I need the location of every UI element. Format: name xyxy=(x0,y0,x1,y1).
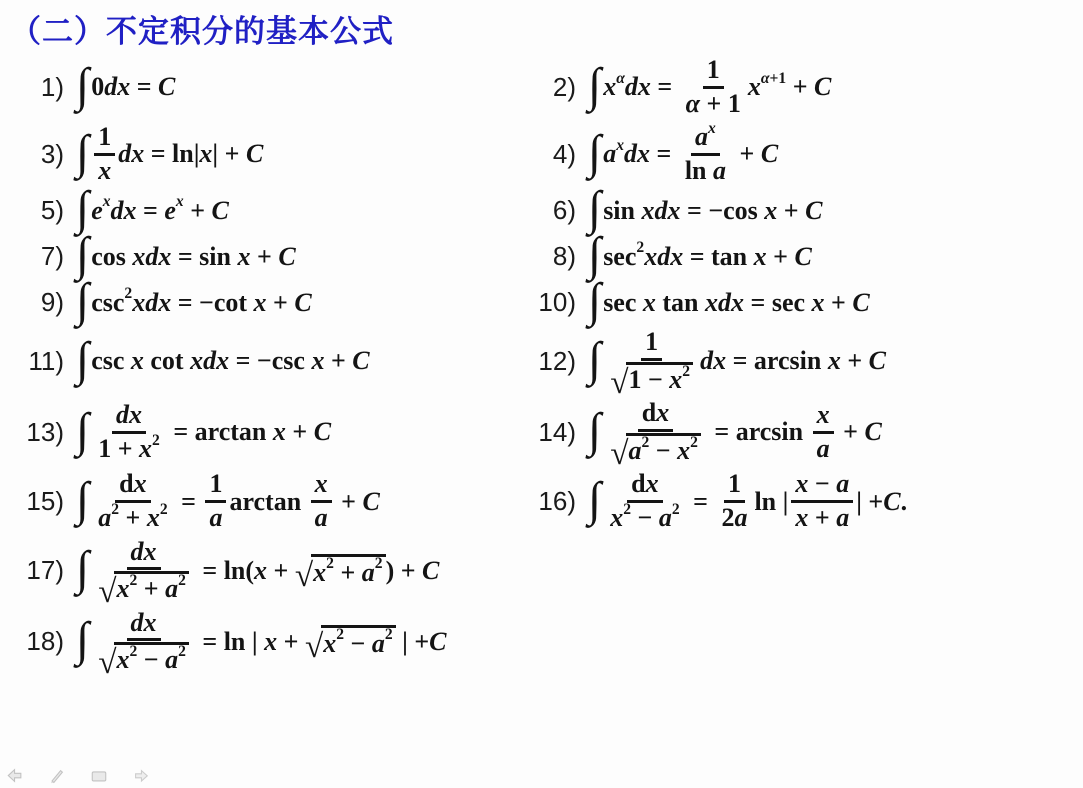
formula-item-14: 14)∫dx√a2 − x2 = arcsin xa + C xyxy=(518,399,1081,465)
math-token: | + xyxy=(396,627,430,657)
math-variable: x xyxy=(139,435,152,464)
math-variable: dx xyxy=(700,346,726,376)
fraction-numerator: 1 xyxy=(94,123,115,156)
math-variable: C xyxy=(805,196,822,226)
formula-number: 15) xyxy=(6,486,64,517)
square-root: √x2 − a2 xyxy=(305,625,396,659)
math-token: + xyxy=(334,558,362,588)
math-variable: C xyxy=(363,487,380,517)
math-variable: x xyxy=(315,470,328,499)
math-variable: a xyxy=(734,504,747,533)
superscript: 2 xyxy=(178,644,186,660)
fraction-numerator: dx xyxy=(627,470,662,503)
math-variable: dx xyxy=(111,196,137,226)
math-token: 1 xyxy=(645,328,658,357)
math-variable: x xyxy=(616,138,624,154)
math-variable: x xyxy=(264,627,277,657)
math-variable: x xyxy=(116,575,129,604)
superscript: 2 xyxy=(160,502,168,518)
fraction-numerator: 1 xyxy=(724,470,745,503)
math-token: − xyxy=(137,646,165,675)
formula-number: 5) xyxy=(6,195,64,226)
math-token: cos xyxy=(91,242,132,272)
math-token: 2 xyxy=(111,502,119,518)
math-variable: C xyxy=(883,487,900,517)
formula-item-5: 5)∫exdx = ex + C xyxy=(6,190,514,231)
math-token: 1 xyxy=(728,470,741,499)
fraction: 12a xyxy=(717,470,751,532)
math-token: 2 xyxy=(682,364,690,380)
math-token: − xyxy=(649,437,677,466)
fraction: dx√x2 − a2 xyxy=(94,609,193,675)
math-token: − xyxy=(631,504,659,533)
formula-number: 1) xyxy=(6,72,64,103)
math-variable: a xyxy=(315,504,328,533)
math-token: +1 xyxy=(770,71,787,87)
math-variable: a xyxy=(165,575,178,604)
math-variable: α xyxy=(686,90,700,119)
math-token: = −cot xyxy=(171,288,253,318)
superscript: 2 xyxy=(111,502,119,518)
formula-item-1: 1)∫0dx = C xyxy=(6,67,514,108)
math-token: sec xyxy=(603,288,643,318)
fraction-numerator: dx xyxy=(127,538,161,571)
formula-number: 10) xyxy=(518,287,576,318)
integral-sign: ∫ xyxy=(76,549,89,590)
math-token: 2 xyxy=(690,435,698,451)
math-token: csc xyxy=(91,346,131,376)
formula-number: 4) xyxy=(518,139,576,170)
math-token: = tan xyxy=(683,242,753,272)
math-variable: dx xyxy=(116,401,142,430)
integral-sign: ∫ xyxy=(76,281,89,322)
math-token: + xyxy=(277,627,305,657)
radicand: x2 + a2 xyxy=(114,571,188,604)
formula-item-15: 15)∫dxa2 + x2 = 1aarctan xa + C xyxy=(6,470,514,532)
formula-item-6: 6)∫sin xdx = −cos x + C xyxy=(518,190,1081,231)
superscript: 2 xyxy=(690,435,698,451)
formula-math: ∫sec x tan xdx = sec x + C xyxy=(588,282,870,323)
math-token: = ln( xyxy=(196,556,254,586)
fraction-numerator: 1 xyxy=(703,56,724,89)
fraction-numerator: ax xyxy=(691,123,720,156)
math-variable: dx xyxy=(625,72,651,102)
math-variable: C xyxy=(794,242,811,272)
fraction-numerator: 1 xyxy=(641,328,662,361)
formula-math: ∫xαdx = 1α + 1xα+1 + C xyxy=(588,56,831,118)
integral-sign: ∫ xyxy=(588,235,601,276)
integral-sign: ∫ xyxy=(588,189,601,230)
fraction-numerator: x xyxy=(311,470,332,503)
math-variable: x xyxy=(323,629,336,659)
formula-math: ∫axdx = axln a + C xyxy=(588,123,778,185)
math-token: cot xyxy=(144,346,190,376)
superscript: 2 xyxy=(375,556,383,572)
math-token: = xyxy=(687,487,715,517)
math-token: sec xyxy=(603,242,636,272)
radicand: x2 − a2 xyxy=(321,625,395,659)
radical-sign: √ xyxy=(610,441,628,468)
math-variable: xdx xyxy=(705,288,744,318)
radicand: x2 + a2 xyxy=(311,554,385,588)
integral-sign: ∫ xyxy=(76,133,89,174)
fraction-denominator: 1 + x2 xyxy=(94,434,164,464)
superscript: 2 xyxy=(641,435,649,451)
math-token: = arcsin xyxy=(708,417,810,447)
math-variable: C xyxy=(429,627,446,657)
integral-sign: ∫ xyxy=(76,480,89,521)
math-token: + xyxy=(250,242,278,272)
math-variable: a xyxy=(695,123,708,152)
formula-item-2: 2)∫xαdx = 1α + 1xα+1 + C xyxy=(518,56,1081,118)
math-variable: a xyxy=(165,646,178,675)
integral-sign: ∫ xyxy=(76,411,89,452)
integral-sign: ∫ xyxy=(76,235,89,276)
fraction-denominator: 2a xyxy=(717,503,751,533)
square-root: √x2 + a2 xyxy=(295,554,386,588)
fraction-numerator: x xyxy=(813,401,834,434)
formula-math: ∫sin xdx = −cos x + C xyxy=(588,190,822,231)
superscript: 2 xyxy=(682,364,690,380)
math-token: d xyxy=(642,399,656,428)
math-variable: xdx xyxy=(190,346,229,376)
math-token: | + xyxy=(856,487,883,517)
integral-sign: ∫ xyxy=(588,133,601,174)
formula-number: 18) xyxy=(6,626,64,657)
math-variable: a xyxy=(836,504,849,533)
math-variable: x xyxy=(199,139,212,169)
math-token: + 1 xyxy=(700,90,741,119)
math-variable: C xyxy=(246,139,263,169)
math-variable: C xyxy=(852,288,869,318)
fraction: xa xyxy=(311,470,332,532)
math-variable: C xyxy=(352,346,369,376)
math-variable: x xyxy=(817,401,830,430)
math-variable: x xyxy=(764,196,777,226)
math-token: + xyxy=(837,417,865,447)
math-variable: α xyxy=(616,71,625,87)
math-variable: x xyxy=(116,646,129,675)
fraction: x − ax + a xyxy=(791,470,853,532)
math-variable: a xyxy=(817,435,830,464)
math-token: 2 xyxy=(623,502,631,518)
math-variable: C xyxy=(422,556,439,586)
fraction-numerator: x − a xyxy=(791,470,853,503)
fraction: axln a xyxy=(681,123,730,185)
math-variable: a xyxy=(628,437,641,466)
fraction-denominator: x2 − a2 xyxy=(606,503,683,533)
formula-math: ∫dx√x2 − a2 = ln | x + √x2 − a2 | +C xyxy=(76,609,447,675)
fraction-denominator: a xyxy=(813,434,834,464)
formula-item-9: 9)∫csc2xdx = −cot x + C xyxy=(6,282,514,323)
math-token: = xyxy=(137,196,165,226)
math-variable: xdx xyxy=(642,196,681,226)
math-variable: C xyxy=(869,346,886,376)
formula-item-8: 8)∫sec2xdx = tan x + C xyxy=(518,236,1081,277)
integral-sign: ∫ xyxy=(588,411,601,452)
math-variable: C xyxy=(278,242,295,272)
math-token: ) + xyxy=(386,556,422,586)
math-token: 1 xyxy=(98,123,111,152)
presenter-toolbar xyxy=(6,767,150,785)
superscript: x xyxy=(103,194,111,210)
math-variable: a xyxy=(659,504,672,533)
fraction: 1√1 − x2 xyxy=(606,328,697,394)
superscript: 2 xyxy=(326,556,334,572)
formula-math: ∫csc2xdx = −cot x + C xyxy=(76,282,312,323)
math-variable: x xyxy=(812,288,825,318)
radicand: 1 − x2 xyxy=(626,362,693,395)
math-variable: dx xyxy=(131,609,157,638)
math-token: + xyxy=(767,242,795,272)
fraction: 1a xyxy=(205,470,226,532)
math-token: = sin xyxy=(171,242,237,272)
fraction-denominator: √x2 − a2 xyxy=(94,641,193,675)
formula-number: 2) xyxy=(518,72,576,103)
formula-number: 13) xyxy=(6,417,64,448)
math-token: + xyxy=(324,346,352,376)
math-token: 2 xyxy=(152,433,160,449)
math-token: + xyxy=(335,487,363,517)
math-token: 2 xyxy=(129,644,137,660)
nav-forward-icon[interactable] xyxy=(132,767,150,785)
math-token: 2 xyxy=(326,556,334,572)
math-variable: x xyxy=(656,399,669,428)
math-token: + xyxy=(137,575,165,604)
fraction: dx√x2 + a2 xyxy=(94,538,193,604)
superscript: 2 xyxy=(129,573,137,589)
integral-sign: ∫ xyxy=(76,340,89,381)
radical-sign: √ xyxy=(305,634,323,661)
nav-back-icon[interactable] xyxy=(6,767,24,785)
math-variable: C xyxy=(314,417,331,447)
formula-math: ∫sec2xdx = tan x + C xyxy=(588,236,812,277)
math-token: 1 xyxy=(209,470,222,499)
formula-number: 12) xyxy=(518,346,576,377)
math-variable: C xyxy=(864,417,881,447)
math-token: = −csc xyxy=(229,346,311,376)
formula-number: 6) xyxy=(518,195,576,226)
math-token: + xyxy=(286,417,314,447)
superscript: 2 xyxy=(129,644,137,660)
superscript: 2 xyxy=(672,502,680,518)
math-token: = −cos xyxy=(681,196,765,226)
fraction: 1α + 1 xyxy=(682,56,745,118)
math-token: . xyxy=(901,487,908,517)
math-token: + xyxy=(777,196,805,226)
math-variable: x xyxy=(134,470,147,499)
math-variable: C xyxy=(158,72,175,102)
math-token: 2 xyxy=(336,627,344,643)
math-token: + xyxy=(267,556,295,586)
superscript: x xyxy=(176,194,184,210)
radicand: a2 − x2 xyxy=(626,433,700,466)
math-variable: xdx xyxy=(132,242,171,272)
math-token: 1 + xyxy=(98,435,139,464)
math-token: ln | xyxy=(754,487,788,517)
formula-item-7: 7)∫cos xdx = sin x + C xyxy=(6,236,514,277)
superscript: α+1 xyxy=(761,71,786,87)
math-variable: C xyxy=(814,72,831,102)
math-variable: x xyxy=(254,288,267,318)
radical-sign: √ xyxy=(98,650,116,677)
fraction-denominator: √a2 − x2 xyxy=(606,432,705,466)
math-variable: x xyxy=(237,242,250,272)
formula-grid: 1)∫0dx = C2)∫xαdx = 1α + 1xα+1 + C3)∫1xd… xyxy=(6,56,1081,675)
pen-tool-icon[interactable] xyxy=(48,767,66,785)
slide: （二）不定积分的基本公式 1)∫0dx = C2)∫xαdx = 1α + 1x… xyxy=(0,0,1083,788)
math-token: 2 xyxy=(178,644,186,660)
math-variable: dx xyxy=(104,72,130,102)
math-variable: x xyxy=(603,72,616,102)
math-variable: dx xyxy=(131,538,157,567)
radical-sign: √ xyxy=(98,579,116,606)
math-token: arctan xyxy=(229,487,307,517)
math-variable: x xyxy=(254,556,267,586)
superscript: 2 xyxy=(336,627,344,643)
fraction-denominator: a xyxy=(205,503,226,533)
fraction-denominator: ln a xyxy=(681,156,730,186)
formula-item-10: 10)∫sec x tan xdx = sec x + C xyxy=(518,282,1081,323)
math-token: = xyxy=(175,487,203,517)
superscript: 2 xyxy=(178,573,186,589)
math-token: csc xyxy=(91,288,124,318)
math-token: 2 xyxy=(160,502,168,518)
fraction: xa xyxy=(813,401,834,463)
math-variable: C xyxy=(761,139,778,169)
math-token: 0 xyxy=(91,72,104,102)
fraction-denominator: x xyxy=(94,156,115,186)
math-token: + xyxy=(808,504,836,533)
math-token: 1 xyxy=(707,56,720,85)
math-token: − xyxy=(808,470,836,499)
math-token: + xyxy=(733,139,761,169)
formula-math: ∫dxa2 + x2 = 1aarctan xa + C xyxy=(76,470,380,532)
formula-item-13: 13)∫dx1 + x2 = arctan x + C xyxy=(6,401,514,463)
square-root: √x2 − a2 xyxy=(98,642,189,675)
math-variable: a xyxy=(362,558,375,588)
formula-number: 9) xyxy=(6,287,64,318)
superscript: 2 xyxy=(385,627,393,643)
superscript: 2 xyxy=(152,433,160,449)
math-token: + xyxy=(841,346,869,376)
formula-math: ∫1xdx = ln|x| + C xyxy=(76,123,263,185)
math-token: = arcsin xyxy=(726,346,828,376)
integral-sign: ∫ xyxy=(588,281,601,322)
math-variable: x xyxy=(646,470,659,499)
formula-number: 17) xyxy=(6,555,64,586)
square-root: √1 − x2 xyxy=(610,362,693,395)
menu-rect-icon[interactable] xyxy=(90,767,108,785)
math-token: 2 xyxy=(129,573,137,589)
math-token: 1 − xyxy=(628,366,669,395)
math-token: + xyxy=(119,504,147,533)
math-variable: C xyxy=(212,196,229,226)
integral-sign: ∫ xyxy=(588,66,601,107)
math-variable: x xyxy=(176,194,184,210)
fraction-denominator: √1 − x2 xyxy=(606,361,697,395)
math-token: + xyxy=(825,288,853,318)
radicand: x2 − a2 xyxy=(114,642,188,675)
formula-number: 11) xyxy=(6,346,64,377)
fraction-denominator: a2 + x2 xyxy=(94,503,171,533)
integral-sign: ∫ xyxy=(76,189,89,230)
fraction-numerator: dx xyxy=(112,401,146,434)
math-variable: xdx xyxy=(132,288,171,318)
fraction: 1x xyxy=(94,123,115,185)
fraction-denominator: √x2 + a2 xyxy=(94,570,193,604)
math-variable: α xyxy=(761,71,770,87)
math-variable: x xyxy=(131,346,144,376)
math-token: = sec xyxy=(744,288,812,318)
math-token: − xyxy=(344,629,372,659)
formula-number: 7) xyxy=(6,241,64,272)
integral-sign: ∫ xyxy=(588,480,601,521)
formula-item-16: 16)∫dxx2 − a2 = 12aln |x − ax + a| +C. xyxy=(518,470,1081,532)
math-variable: x xyxy=(147,504,160,533)
math-variable: a xyxy=(836,470,849,499)
superscript: 2 xyxy=(636,240,644,256)
fraction-numerator: 1 xyxy=(205,470,226,503)
superscript: 2 xyxy=(623,502,631,518)
math-token: + xyxy=(786,72,814,102)
formula-math: ∫dx1 + x2 = arctan x + C xyxy=(76,401,331,463)
math-token: + xyxy=(267,288,295,318)
math-token: ln xyxy=(685,157,713,186)
fraction-denominator: α + 1 xyxy=(682,89,745,119)
math-variable: a xyxy=(98,504,111,533)
superscript: α xyxy=(616,71,625,87)
math-token: sin xyxy=(603,196,641,226)
formula-math: ∫exdx = ex + C xyxy=(76,190,229,231)
radical-sign: √ xyxy=(610,370,628,397)
math-token: = ln | xyxy=(196,627,264,657)
math-variable: x xyxy=(669,366,682,395)
math-variable: a xyxy=(372,629,385,659)
fraction: dxx2 − a2 xyxy=(606,470,683,532)
fraction-denominator: x + a xyxy=(791,503,853,533)
fraction: dxa2 + x2 xyxy=(94,470,171,532)
math-variable: x xyxy=(98,157,111,186)
math-variable: x xyxy=(313,558,326,588)
math-token: 2 xyxy=(124,286,132,302)
math-variable: x xyxy=(748,72,761,102)
math-token: 2 xyxy=(178,573,186,589)
math-variable: xdx xyxy=(644,242,683,272)
formula-math: ∫dx√a2 − x2 = arcsin xa + C xyxy=(588,399,882,465)
slide-title: （二）不定积分的基本公式 xyxy=(10,6,394,51)
formula-item-4: 4)∫axdx = axln a + C xyxy=(518,123,1081,185)
math-variable: x xyxy=(677,437,690,466)
math-variable: a xyxy=(603,139,616,169)
math-variable: e xyxy=(164,196,176,226)
radical-sign: √ xyxy=(295,563,313,590)
math-variable: C xyxy=(294,288,311,318)
fraction: dx√a2 − x2 xyxy=(606,399,705,465)
superscript: x xyxy=(616,138,624,154)
superscript: x xyxy=(708,121,716,137)
formula-item-3: 3)∫1xdx = ln|x| + C xyxy=(6,123,514,185)
math-variable: x xyxy=(643,288,656,318)
math-variable: e xyxy=(91,196,103,226)
formula-item-12: 12)∫1√1 − x2dx = arcsin x + C xyxy=(518,328,1081,394)
math-variable: dx xyxy=(624,139,650,169)
formula-number: 8) xyxy=(518,241,576,272)
math-token: d xyxy=(119,470,133,499)
math-token: = xyxy=(130,72,158,102)
math-token: 2 xyxy=(641,435,649,451)
math-variable: x xyxy=(828,346,841,376)
